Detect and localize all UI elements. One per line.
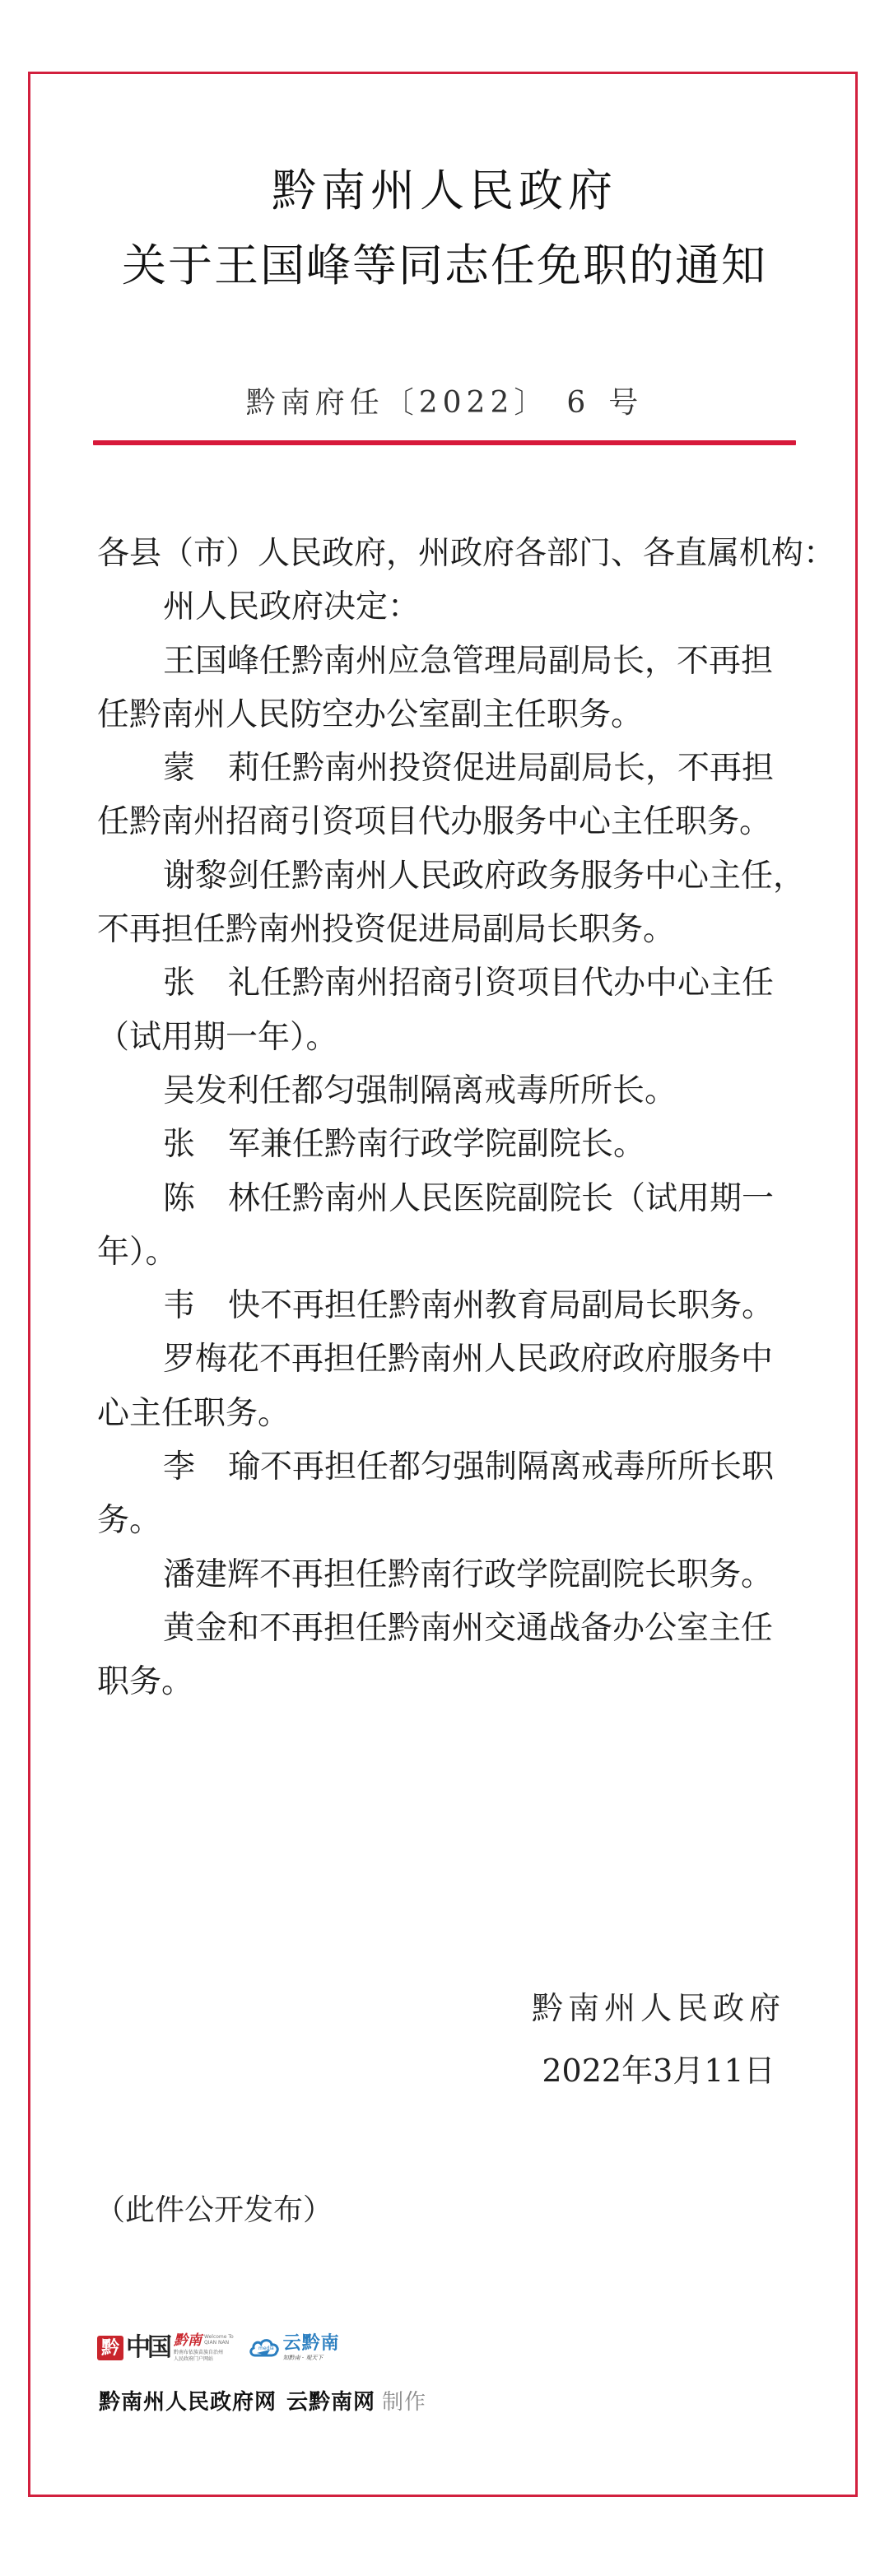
person-name-2: 礼 [228,965,260,1002]
person-name-2: 瑜 [228,1448,260,1486]
decision-intro: 州人民政府决定： [97,580,795,634]
person-name: 蒙 [163,750,195,787]
qiannan-seal-icon: 黔 [97,2336,123,2360]
person-name: 罗梅花 [163,1341,259,1378]
qiannan-logo-top: 黔南 Welcome ToQIAN NAN [174,2334,234,2348]
appointment-text: 任黔南州招商引资项目代办中心主任 [260,965,774,1002]
subtitle-line-2: 人民政府门户网站 [174,2356,213,2362]
person-name: 王国峰 [163,643,259,680]
svg-text:media: media [258,2346,274,2351]
doc-number-year: 〔2022〕 [384,386,549,420]
document-number: 黔南府任〔2022〕6号 [0,387,889,420]
appointment-item: 蒙莉任黔南州投资促进局副局长，不再担 [97,742,795,795]
appointment-item: 张军兼任黔南行政学院副院长。 [97,1118,795,1171]
publish-note: （此件公开发布） [95,2192,333,2229]
removal-text: 不再担任黔南州交通战备办公室主任 [259,1610,773,1647]
production-credits: 黔南州人民政府网云黔南网制作 [99,2389,426,2416]
person-name-2: 莉 [228,750,260,787]
removal-text: 不再担任黔南州人民政府政府服务中 [259,1341,773,1378]
welcome-line-2: QIAN NAN [204,2340,229,2346]
appointment-item-cont: 任黔南州招商引资项目代办服务中心主任职务。 [97,795,795,849]
yunqiannan-tagline: 知黔南 · 观天下 [283,2355,340,2361]
yunqiannan-name: 云黔南 [283,2335,340,2353]
red-separator-line [93,440,796,445]
appointment-text: 任黔南州人民医院副院长（试用期一 [260,1180,774,1217]
appointment-text: 任都匀强制隔离戒毒所所长。 [259,1072,677,1109]
person-name: 陈 [163,1180,195,1217]
doc-number-suffix: 号 [608,386,643,420]
title-line-1: 黔南州人民政府 [0,169,889,213]
welcome-text: Welcome ToQIAN NAN [204,2334,234,2346]
appointment-text: 任黔南州投资促进局副局长，不再担 [260,750,774,787]
credit-site-yunqiannan: 云黔南网 [286,2390,375,2415]
salutation: 各县（市）人民政府，州政府各部门、各直属机构： [97,527,795,580]
credit-made-label: 制作 [382,2390,426,2415]
appointment-item: 吴发利任都匀强制隔离戒毒所所长。 [97,1064,795,1118]
person-name: 张 [163,1126,195,1163]
welcome-line-1: Welcome To [204,2334,234,2340]
qiannan-subtitle: 黔南布依族苗族自治州人民政府门户网站 [174,2350,234,2363]
qiannan-gov-logo[interactable]: 黔 中国 黔南 Welcome ToQIAN NAN 黔南布依族苗族自治州人民政… [97,2327,234,2369]
removal-item-cont: 职务。 [97,1655,795,1709]
removal-item: 韦快不再担任黔南州教育局副局长职务。 [97,1279,795,1332]
person-name-2: 快 [228,1287,260,1324]
person-name: 谢黎剑 [163,858,259,895]
removal-text: 不再担任黔南行政学院副院长职务。 [259,1556,773,1593]
removal-item-cont: 务。 [97,1494,795,1547]
removal-text: 不再担任黔南州教育局副局长职务。 [260,1287,774,1324]
removal-item: 潘建辉不再担任黔南行政学院副院长职务。 [97,1548,795,1602]
person-name: 李 [163,1448,195,1486]
appointment-text: 任黔南州应急管理局副局长，不再担 [259,643,773,680]
person-name: 张 [163,965,195,1002]
appointment-text: 任黔南州人民政府政务服务中心主任， [259,858,805,895]
appointment-item-cont: 任黔南州人民防空办公室副主任职务。 [97,688,795,742]
appointment-item: 王国峰任黔南州应急管理局副局长，不再担 [97,635,795,688]
issuer-signature: 黔南州人民政府 [527,1990,790,2026]
person-name: 黄金和 [163,1610,259,1647]
title-line-2: 关于王国峰等同志任免职的通知 [0,244,889,288]
notice-body: 各县（市）人民政府，州政府各部门、各直属机构： 州人民政府决定： 王国峰任黔南州… [97,527,795,1709]
cloud-icon: media [249,2337,280,2359]
appointment-item: 谢黎剑任黔南州人民政府政务服务中心主任， [97,849,795,903]
yunqiannan-logo[interactable]: media 云黔南 知黔南 · 观天下 [249,2327,340,2369]
zhongguo-calligraphy: 中国 [126,2336,169,2360]
removal-item: 罗梅花不再担任黔南州人民政府政府服务中 [97,1332,795,1386]
credit-site-qiannan-gov: 黔南州人民政府网 [99,2390,277,2415]
doc-number-value: 6 [566,386,590,420]
person-name-2: 林 [228,1180,260,1217]
person-name: 韦 [163,1287,195,1324]
removal-item-cont: 心主任职务。 [97,1387,795,1440]
yunqiannan-text: 云黔南 知黔南 · 观天下 [283,2335,340,2361]
appointment-item-cont: （试用期一年）。 [97,1011,795,1064]
person-name: 吴发利 [163,1072,259,1109]
qiannan-red-text: 黔南 [174,2334,202,2348]
appointment-item: 陈林任黔南州人民医院副院长（试用期一 [97,1172,795,1225]
issue-date: 2022年3月11日 [527,2053,790,2089]
qiannan-logo-text: 黔南 Welcome ToQIAN NAN 黔南布依族苗族自治州人民政府门户网站 [174,2334,234,2363]
appointment-item-cont: 不再担任黔南州投资促进局副局长职务。 [97,903,795,956]
footer-logos: 黔 中国 黔南 Welcome ToQIAN NAN 黔南布依族苗族自治州人民政… [97,2326,340,2370]
removal-item: 黄金和不再担任黔南州交通战备办公室主任 [97,1602,795,1655]
appointment-item: 张礼任黔南州招商引资项目代办中心主任 [97,956,795,1010]
doc-number-prefix: 黔南府任 [246,386,384,420]
person-name-2: 军 [228,1126,260,1163]
removal-text: 不再担任都匀强制隔离戒毒所所长职 [260,1448,774,1486]
removal-item: 李瑜不再担任都匀强制隔离戒毒所所长职 [97,1440,795,1494]
appointment-item-cont: 年）。 [97,1225,795,1279]
person-name: 潘建辉 [163,1556,259,1593]
appointment-text: 兼任黔南行政学院副院长。 [260,1126,645,1163]
subtitle-line-1: 黔南布依族苗族自治州 [174,2350,223,2355]
